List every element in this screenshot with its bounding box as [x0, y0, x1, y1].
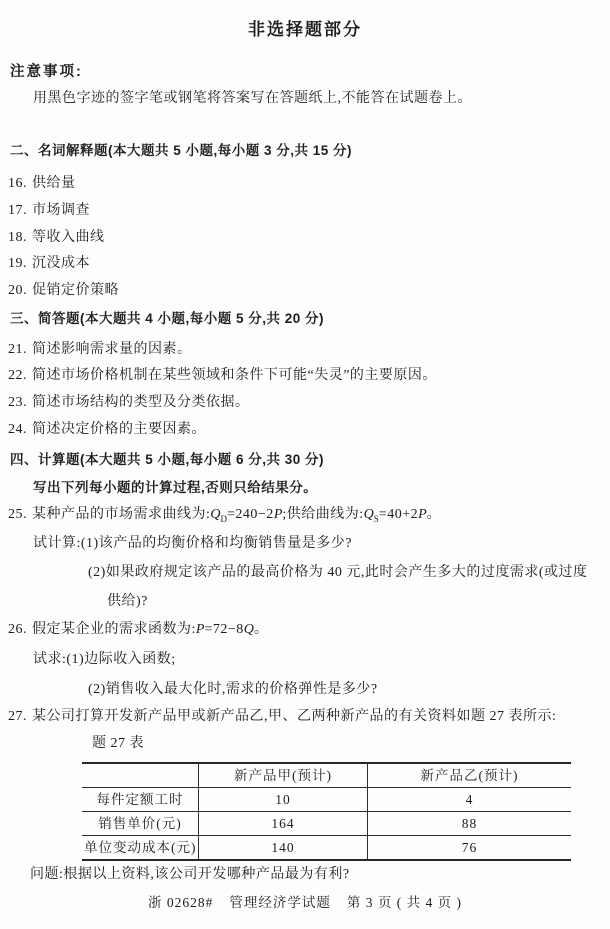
question-20: 20.促销定价策略 [8, 282, 119, 299]
table-row: 单位变动成本(元) 140 76 [82, 836, 571, 861]
question-25-part2: (2)如果政府规定该产品的最高价格为 40 元,此时会产生多大的过度需求(或过度 [88, 564, 588, 581]
question-text: 假定某企业的需求函数为: [32, 622, 196, 637]
question-27-table-wrap: 新产品甲(预计) 新产品乙(预计) 每件定额工时 10 4 销售单价(元) 16… [82, 762, 571, 861]
cell-value: 10 [199, 788, 368, 812]
question-text: 简述市场结构的类型及分类依据。 [32, 395, 250, 410]
question-number: 27. [8, 709, 27, 724]
question-text: 促销定价策略 [32, 283, 119, 298]
question-number: 19. [8, 256, 27, 271]
question-27: 27.某公司打算开发新产品甲或新产品乙,甲、乙两种新产品的有关资料如题 27 表… [8, 708, 556, 725]
question-25-part1: 试计算:(1)该产品的均衡价格和均衡销售量是多少? [33, 535, 352, 552]
question-25-part2-cont: 供给)? [107, 593, 148, 610]
question-17: 17.市场调查 [8, 202, 90, 219]
question-number: 22. [8, 368, 27, 383]
row-label: 销售单价(元) [82, 812, 199, 836]
question-text: 某种产品的市场需求曲线为: [32, 507, 210, 522]
demand-function-formula: P=72−8Q [196, 622, 254, 637]
question-text: 供给量 [32, 176, 76, 191]
question-26-part1: 试求:(1)边际收入函数; [33, 651, 176, 668]
question-number: 16. [8, 176, 27, 191]
question-23: 23.简述市场结构的类型及分类依据。 [8, 394, 250, 411]
section2-heading: 二、名词解释题(本大题共 5 小题,每小题 3 分,共 15 分) [10, 142, 352, 159]
question-21: 21.简述影响需求量的因素。 [8, 341, 192, 358]
page-footer: 浙 02628#管理经济学试题第 3 页 ( 共 4 页 ) [0, 894, 610, 911]
question-text: 简述市场价格机制在某些领域和条件下可能“失灵”的主要原因。 [32, 368, 437, 383]
row-label: 单位变动成本(元) [82, 836, 199, 861]
footer-page-info: 第 3 页 ( 共 4 页 ) [347, 895, 462, 910]
question-19: 19.沉没成本 [8, 255, 90, 272]
question-number: 24. [8, 422, 27, 437]
question-number: 26. [8, 622, 27, 637]
table-row: 销售单价(元) 164 88 [82, 812, 571, 836]
question-text: 某公司打算开发新产品甲或新产品乙,甲、乙两种新产品的有关资料如题 27 表所示: [32, 709, 556, 724]
table-caption: 题 27 表 [92, 735, 144, 752]
footer-paper-code: 浙 02628# [148, 895, 213, 910]
cell-value: 88 [368, 812, 572, 836]
question-number: 21. [8, 342, 27, 357]
supply-curve-formula: QS=40+2P [364, 507, 427, 522]
cell-value: 4 [368, 788, 572, 812]
question-16: 16.供给量 [8, 175, 76, 192]
question-text: ;供给曲线为: [282, 507, 363, 522]
question-text: 。 [254, 622, 269, 637]
question-27-table: 新产品甲(预计) 新产品乙(预计) 每件定额工时 10 4 销售单价(元) 16… [82, 762, 571, 861]
question-text: 等收入曲线 [32, 230, 105, 245]
question-22: 22.简述市场价格机制在某些领域和条件下可能“失灵”的主要原因。 [8, 367, 437, 384]
question-text: 。 [427, 507, 442, 522]
question-number: 18. [8, 230, 27, 245]
question-number: 17. [8, 203, 27, 218]
question-number: 25. [8, 507, 27, 522]
table-header-product-b: 新产品乙(预计) [368, 763, 572, 788]
question-text: 市场调查 [32, 203, 90, 218]
page-title: 非选择题部分 [0, 21, 610, 38]
question-26: 26.假定某企业的需求函数为:P=72−8Q。 [8, 621, 268, 638]
question-text: 沉没成本 [32, 256, 90, 271]
question-18: 18.等收入曲线 [8, 229, 105, 246]
question-24: 24.简述决定价格的主要因素。 [8, 421, 206, 438]
footer-subject: 管理经济学试题 [229, 895, 331, 910]
cell-value: 76 [368, 836, 572, 861]
demand-curve-formula: QD=240−2P [210, 507, 282, 522]
question-number: 23. [8, 395, 27, 410]
question-26-part2: (2)销售收入最大化时,需求的价格弹性是多少? [88, 681, 378, 698]
row-label: 每件定额工时 [82, 788, 199, 812]
question-25: 25.某种产品的市场需求曲线为:QD=240−2P;供给曲线为:QS=40+2P… [8, 506, 441, 528]
cell-value: 140 [199, 836, 368, 861]
table-header-empty [82, 763, 199, 788]
section3-heading: 三、简答题(本大题共 4 小题,每小题 5 分,共 20 分) [10, 310, 324, 327]
question-text: 简述决定价格的主要因素。 [32, 422, 206, 437]
question-text: 简述影响需求量的因素。 [32, 342, 192, 357]
notice-body: 用黑色字迹的签字笔或钢笔将答案写在答题纸上,不能答在试题卷上。 [33, 90, 472, 107]
question-27-prompt: 问题:根据以上资料,该公司开发哪种产品最为有利? [30, 866, 350, 883]
table-header-row: 新产品甲(预计) 新产品乙(预计) [82, 763, 571, 788]
table-row: 每件定额工时 10 4 [82, 788, 571, 812]
question-number: 20. [8, 283, 27, 298]
table-header-product-a: 新产品甲(预计) [199, 763, 368, 788]
cell-value: 164 [199, 812, 368, 836]
notice-heading: 注意事项: [10, 64, 83, 81]
section4-note: 写出下列每小题的计算过程,否则只给结果分。 [33, 479, 317, 496]
exam-paper-page: 非选择题部分 注意事项: 用黑色字迹的签字笔或钢笔将答案写在答题纸上,不能答在试… [0, 0, 610, 929]
section4-heading: 四、计算题(本大题共 5 小题,每小题 6 分,共 30 分) [10, 451, 324, 468]
